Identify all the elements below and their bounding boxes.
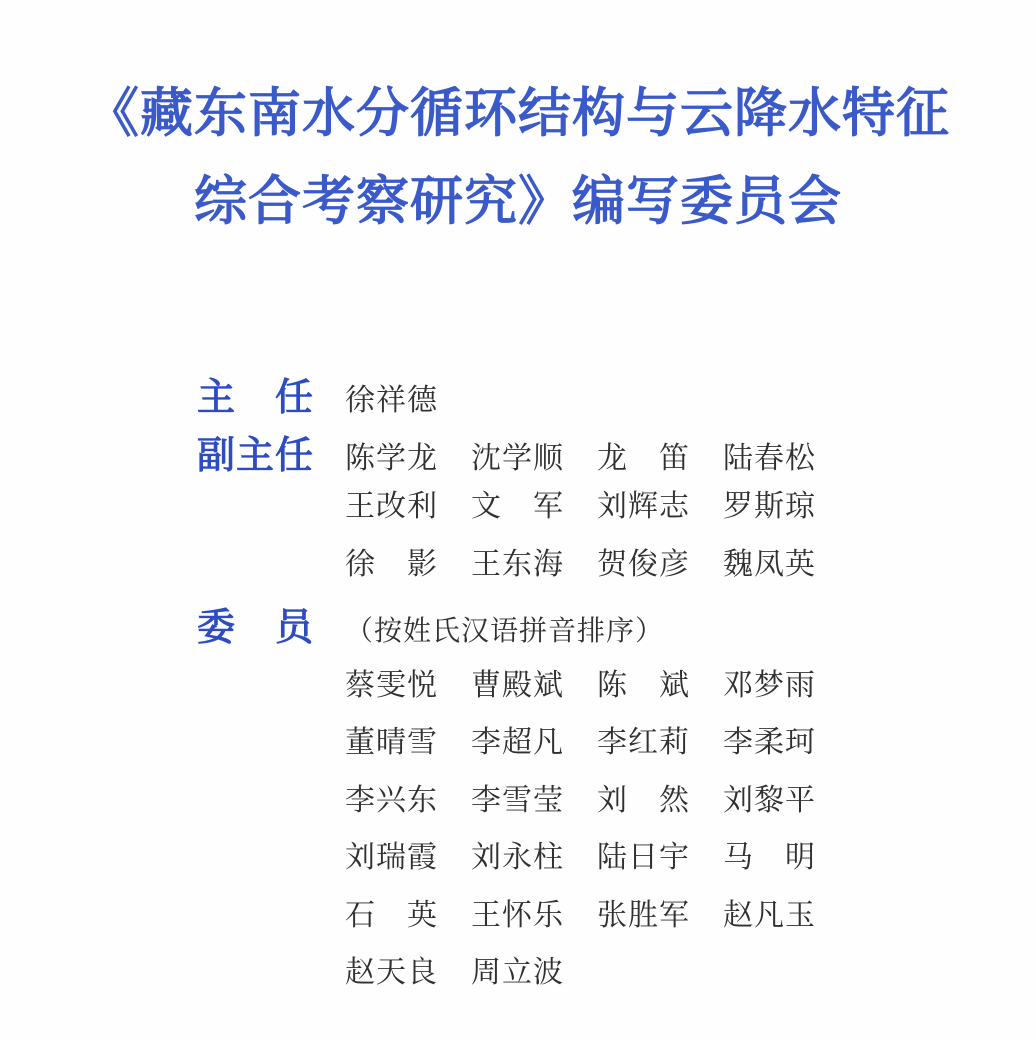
title-line-2: 综合考察研究》编写委员会 (0, 158, 1036, 246)
member-name: 刘黎平 (723, 775, 816, 819)
member-name: 李超凡 (471, 717, 564, 761)
member-name: 周立波 (471, 947, 564, 991)
committee-row-members-2: 董晴雪 李超凡 李红莉 李柔珂 (197, 717, 977, 775)
committee-row-chair: 主 任 徐祥德 (197, 366, 977, 424)
member-name: 陆日宇 (597, 832, 690, 876)
committee-row-vice-2: 王改利 文 军 刘辉志 罗斯琼 (197, 481, 977, 539)
name-group: 董晴雪 李超凡 李红莉 李柔珂 (345, 717, 816, 761)
member-name: 沈学顺 (471, 433, 564, 477)
committee-row-vice-3: 徐 影 王东海 贺俊彦 魏凤英 (197, 539, 977, 597)
member-name: 文 军 (471, 481, 564, 525)
name-group: 徐祥德 (345, 375, 438, 419)
member-name: 陆春松 (723, 433, 816, 477)
member-name: 龙 笛 (597, 433, 690, 477)
member-name: 罗斯琼 (723, 481, 816, 525)
committee-row-members-6: 赵天良 周立波 (197, 947, 977, 1005)
name-group: 赵天良 周立波 (345, 947, 564, 991)
member-name: 刘瑞霞 (345, 832, 438, 876)
member-name: 李红莉 (597, 717, 690, 761)
sorting-note: （按姓氏汉语拼音排序） (345, 609, 664, 649)
scanned-document-page: 《藏东南水分循环结构与云降水特征 综合考察研究》编写委员会 主 任 徐祥德 副主… (0, 0, 1036, 1040)
committee-row-members-3: 李兴东 李雪莹 刘 然 刘黎平 (197, 775, 977, 833)
committee-row-members-5: 石 英 王怀乐 张胜军 赵凡玉 (197, 890, 977, 948)
member-name: 王怀乐 (471, 890, 564, 934)
member-name: 刘 然 (597, 775, 690, 819)
name-group: 刘瑞霞 刘永柱 陆日宇 马 明 (345, 832, 816, 876)
member-name: 董晴雪 (345, 717, 438, 761)
member-name: 赵天良 (345, 947, 438, 991)
committee-row-members-4: 刘瑞霞 刘永柱 陆日宇 马 明 (197, 832, 977, 890)
member-name: 陈学龙 (345, 433, 438, 477)
member-name: 马 明 (723, 832, 816, 876)
member-name: 石 英 (345, 890, 438, 934)
member-name: 李柔珂 (723, 717, 816, 761)
committee-row-vice-1: 副主任 陈学龙 沈学顺 龙 笛 陆春松 (197, 424, 977, 482)
member-name: 王改利 (345, 481, 438, 525)
member-name: 刘永柱 (471, 832, 564, 876)
member-name: 曹殿斌 (471, 660, 564, 704)
member-name: 张胜军 (597, 890, 690, 934)
name-group: 王改利 文 军 刘辉志 罗斯琼 (345, 481, 816, 525)
member-name: 李雪莹 (471, 775, 564, 819)
committee-row-members-1: 蔡雯悦 曹殿斌 陈 斌 邓梦雨 (197, 660, 977, 718)
committee-row-members-label: 委 员 （按姓氏汉语拼音排序） (197, 596, 977, 654)
role-label-vice: 副主任 (197, 424, 345, 479)
member-name: 陈 斌 (597, 660, 690, 704)
member-name: 李兴东 (345, 775, 438, 819)
member-name: 蔡雯悦 (345, 660, 438, 704)
member-name: 徐 影 (345, 539, 438, 583)
member-name: 徐祥德 (345, 375, 438, 419)
member-name: 王东海 (471, 539, 564, 583)
name-group: 李兴东 李雪莹 刘 然 刘黎平 (345, 775, 816, 819)
title-line-1: 《藏东南水分循环结构与云降水特征 (0, 70, 1036, 158)
member-name: 邓梦雨 (723, 660, 816, 704)
name-group: 徐 影 王东海 贺俊彦 魏凤英 (345, 539, 816, 583)
role-label-chair: 主 任 (197, 366, 345, 421)
committee-list: 主 任 徐祥德 副主任 陈学龙 沈学顺 龙 笛 陆春松 王改利 文 军 刘辉志 … (197, 366, 977, 1005)
member-name: 魏凤英 (723, 539, 816, 583)
name-group: 蔡雯悦 曹殿斌 陈 斌 邓梦雨 (345, 660, 816, 704)
role-label-members: 委 员 (197, 596, 345, 651)
document-title: 《藏东南水分循环结构与云降水特征 综合考察研究》编写委员会 (0, 0, 1036, 246)
name-group: 石 英 王怀乐 张胜军 赵凡玉 (345, 890, 816, 934)
name-group: 陈学龙 沈学顺 龙 笛 陆春松 (345, 433, 816, 477)
member-name: 贺俊彦 (597, 539, 690, 583)
member-name: 赵凡玉 (723, 890, 816, 934)
member-name: 刘辉志 (597, 481, 690, 525)
